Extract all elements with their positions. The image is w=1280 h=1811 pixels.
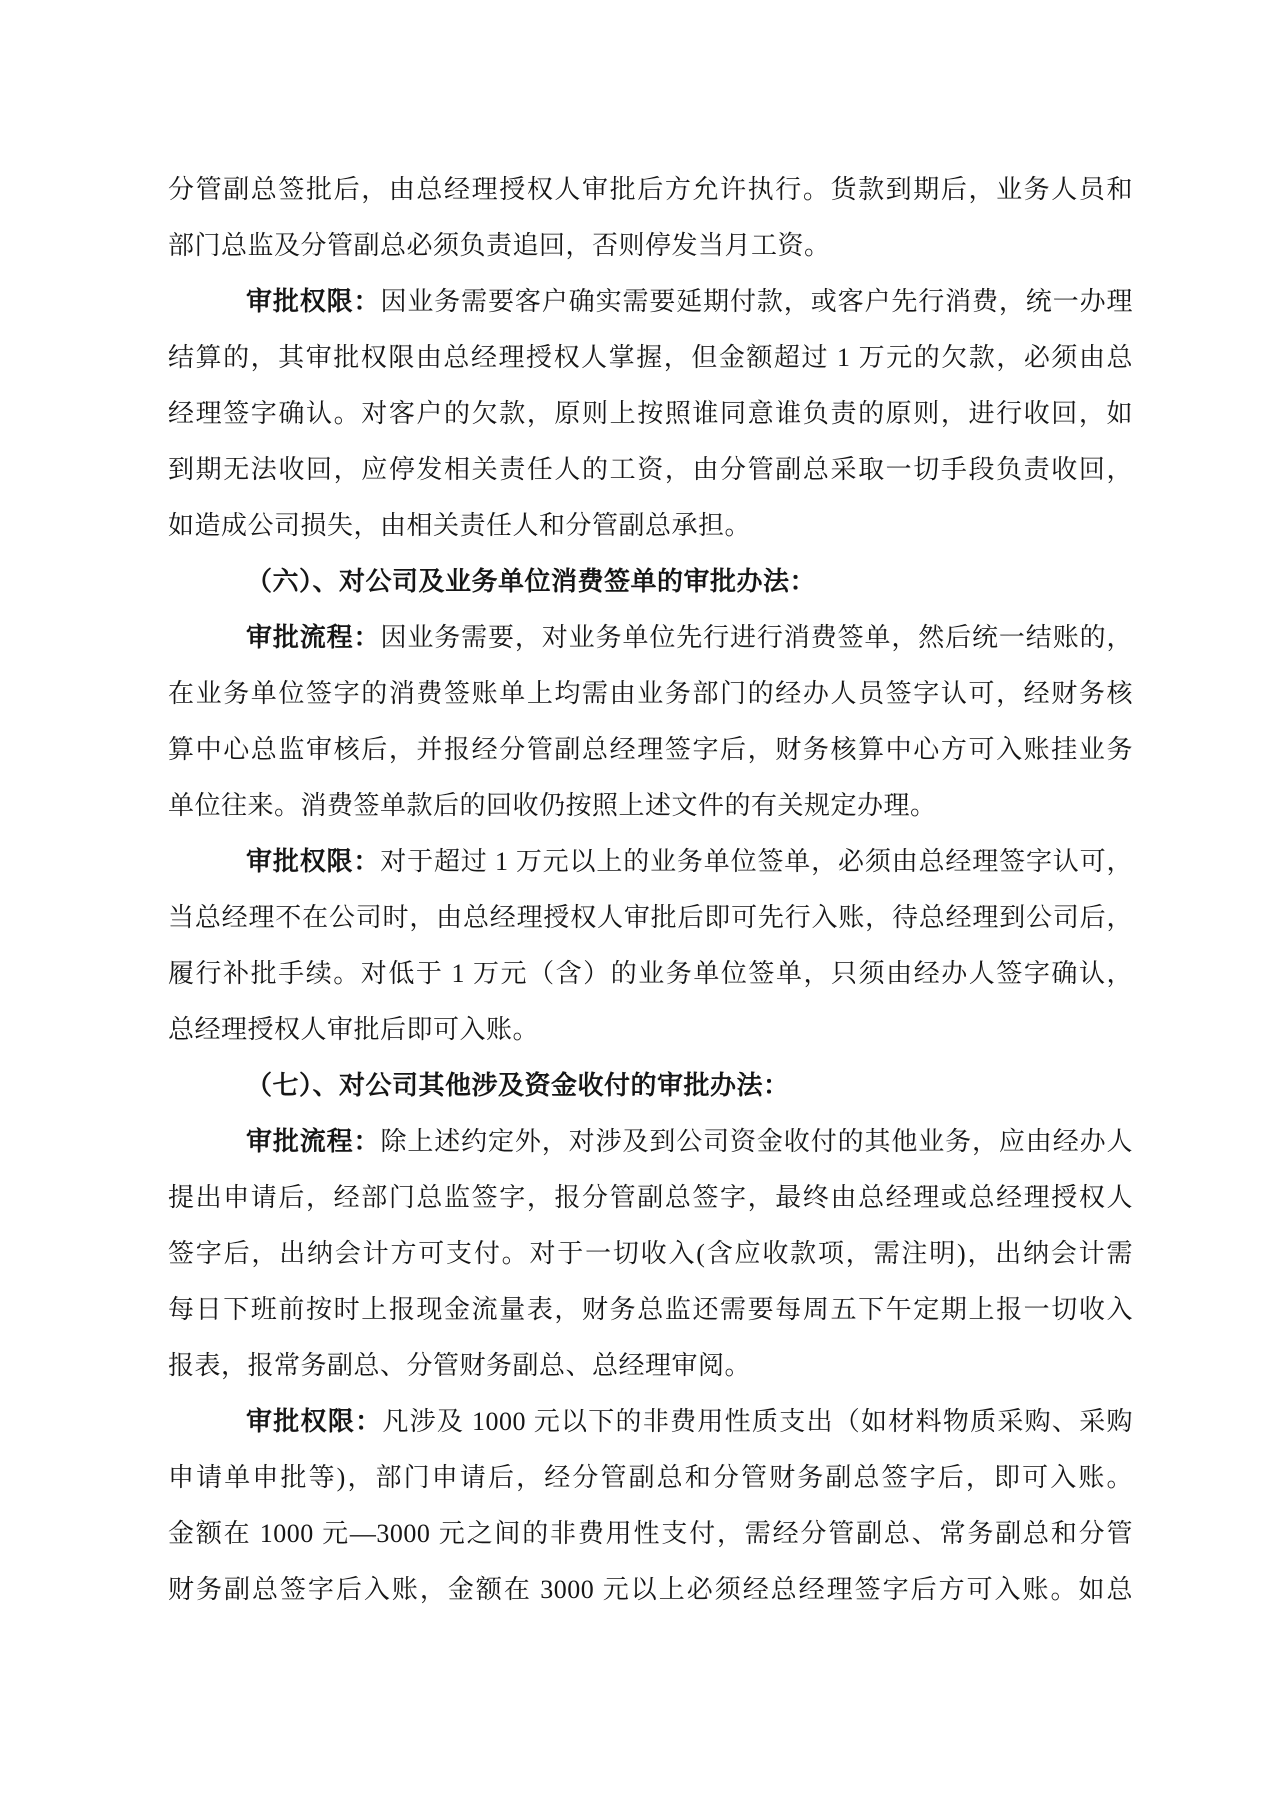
line-text: 签字后，出纳会计方可支付。对于一切收入(含应收款项，需注明)，出纳会计需 (168, 1239, 1133, 1268)
line-text: 因业务需要客户确实需要延期付款，或客户先行消费，统一办理 (380, 287, 1133, 316)
line-text: 申请单申批等)，部门申请后，经分管副总和分管财务副总签字后，即可入账。 (168, 1463, 1133, 1492)
body-line: 结算的，其审批权限由总经理授权人掌握，但金额超过 1 万元的欠款，必须由总 (168, 330, 1133, 386)
body-line: 算中心总监审核后，并报经分管副总经理签字后，财务核算中心方可入账挂业务 (168, 722, 1133, 778)
line-text: 每日下班前按时上报现金流量表，财务总监还需要每周五下午定期上报一切收入 (168, 1295, 1133, 1324)
line-text: 报表，报常务副总、分管财务副总、总经理审阅。 (168, 1351, 751, 1380)
line-text: 提出申请后，经部门总监签字，报分管副总签字，最终由总经理或总经理授权人 (168, 1183, 1133, 1212)
line-text: 除上述约定外，对涉及到公司资金收付的其他业务，应由经办人 (380, 1127, 1133, 1156)
run-in-label: 审批流程： (246, 1127, 380, 1156)
line-text: 结算的，其审批权限由总经理授权人掌握，但金额超过 1 万元的欠款，必须由总 (168, 343, 1133, 372)
body-line: 单位往来。消费签单款后的回收仍按照上述文件的有关规定办理。 (168, 778, 1133, 834)
body-line: 如造成公司损失，由相关责任人和分管副总承担。 (168, 498, 1133, 554)
line-text: 财务副总签字后入账，金额在 3000 元以上必须经总经理签字后方可入账。如总 (168, 1575, 1133, 1604)
line-text: 在业务单位签字的消费签账单上均需由业务部门的经办人员签字认可，经财务核 (168, 679, 1133, 708)
line-text: 到期无法收回，应停发相关责任人的工资，由分管副总采取一切手段负责收回， (168, 455, 1133, 484)
body-line: 财务副总签字后入账，金额在 3000 元以上必须经总经理签字后方可入账。如总 (168, 1562, 1133, 1618)
body-line: 当总经理不在公司时，由总经理授权人审批后即可先行入账，待总经理到公司后， (168, 890, 1133, 946)
body-line: 在业务单位签字的消费签账单上均需由业务部门的经办人员签字认可，经财务核 (168, 666, 1133, 722)
body-line: 提出申请后，经部门总监签字，报分管副总签字，最终由总经理或总经理授权人 (168, 1170, 1133, 1226)
body-line: 报表，报常务副总、分管财务副总、总经理审阅。 (168, 1338, 1133, 1394)
heading-text: （七）、对公司其他涉及资金收付的审批办法： (246, 1071, 790, 1100)
body-line: 审批权限：因业务需要客户确实需要延期付款，或客户先行消费，统一办理 (168, 274, 1133, 330)
line-text: 分管副总签批后，由总经理授权人审批后方允许执行。货款到期后，业务人员和 (168, 175, 1133, 204)
body-line: 每日下班前按时上报现金流量表，财务总监还需要每周五下午定期上报一切收入 (168, 1282, 1133, 1338)
line-text: 算中心总监审核后，并报经分管副总经理签字后，财务核算中心方可入账挂业务 (168, 735, 1133, 764)
line-text: 经理签字确认。对客户的欠款，原则上按照谁同意谁负责的原则，进行收回，如 (168, 399, 1133, 428)
document-page: 分管副总签批后，由总经理授权人审批后方允许执行。货款到期后，业务人员和 部门总监… (168, 162, 1133, 1618)
line-text: 履行补批手续。对低于 1 万元（含）的业务单位签单，只须由经办人签字确认， (168, 959, 1133, 988)
line-text: 凡涉及 1000 元以下的非费用性质支出（如材料物质采购、采购 (382, 1407, 1133, 1436)
run-in-label: 审批流程： (246, 623, 380, 652)
line-text: 当总经理不在公司时，由总经理授权人审批后即可先行入账，待总经理到公司后， (168, 903, 1133, 932)
line-text: 如造成公司损失，由相关责任人和分管副总承担。 (168, 511, 751, 540)
body-line: 到期无法收回，应停发相关责任人的工资，由分管副总采取一切手段负责收回， (168, 442, 1133, 498)
run-in-label: 审批权限： (246, 1407, 382, 1436)
body-line: 审批权限：凡涉及 1000 元以下的非费用性质支出（如材料物质采购、采购 (168, 1394, 1133, 1450)
body-line: 申请单申批等)，部门申请后，经分管副总和分管财务副总签字后，即可入账。 (168, 1450, 1133, 1506)
body-line: 总经理授权人审批后即可入账。 (168, 1002, 1133, 1058)
section-heading-seven: （七）、对公司其他涉及资金收付的审批办法： (168, 1058, 1133, 1114)
body-line: 经理签字确认。对客户的欠款，原则上按照谁同意谁负责的原则，进行收回，如 (168, 386, 1133, 442)
body-line: 分管副总签批后，由总经理授权人审批后方允许执行。货款到期后，业务人员和 (168, 162, 1133, 218)
section-heading-six: （六）、对公司及业务单位消费签单的审批办法： (168, 554, 1133, 610)
run-in-label: 审批权限： (246, 287, 380, 316)
body-line: 签字后，出纳会计方可支付。对于一切收入(含应收款项，需注明)，出纳会计需 (168, 1226, 1133, 1282)
body-line: 审批权限：对于超过 1 万元以上的业务单位签单，必须由总经理签字认可， (168, 834, 1133, 890)
run-in-label: 审批权限： (246, 847, 380, 876)
line-text: 总经理授权人审批后即可入账。 (168, 1015, 539, 1044)
line-text: 部门总监及分管副总必须负责追回，否则停发当月工资。 (168, 231, 831, 260)
line-text: 单位往来。消费签单款后的回收仍按照上述文件的有关规定办理。 (168, 791, 937, 820)
body-line: 部门总监及分管副总必须负责追回，否则停发当月工资。 (168, 218, 1133, 274)
body-line: 审批流程：除上述约定外，对涉及到公司资金收付的其他业务，应由经办人 (168, 1114, 1133, 1170)
line-text: 金额在 1000 元—3000 元之间的非费用性支付，需经分管副总、常务副总和分… (168, 1519, 1133, 1548)
line-text: 对于超过 1 万元以上的业务单位签单，必须由总经理签字认可， (380, 847, 1133, 876)
body-line: 履行补批手续。对低于 1 万元（含）的业务单位签单，只须由经办人签字确认， (168, 946, 1133, 1002)
line-text: 因业务需要，对业务单位先行进行消费签单，然后统一结账的， (380, 623, 1133, 652)
body-line: 金额在 1000 元—3000 元之间的非费用性支付，需经分管副总、常务副总和分… (168, 1506, 1133, 1562)
body-line: 审批流程：因业务需要，对业务单位先行进行消费签单，然后统一结账的， (168, 610, 1133, 666)
heading-text: （六）、对公司及业务单位消费签单的审批办法： (246, 567, 816, 596)
